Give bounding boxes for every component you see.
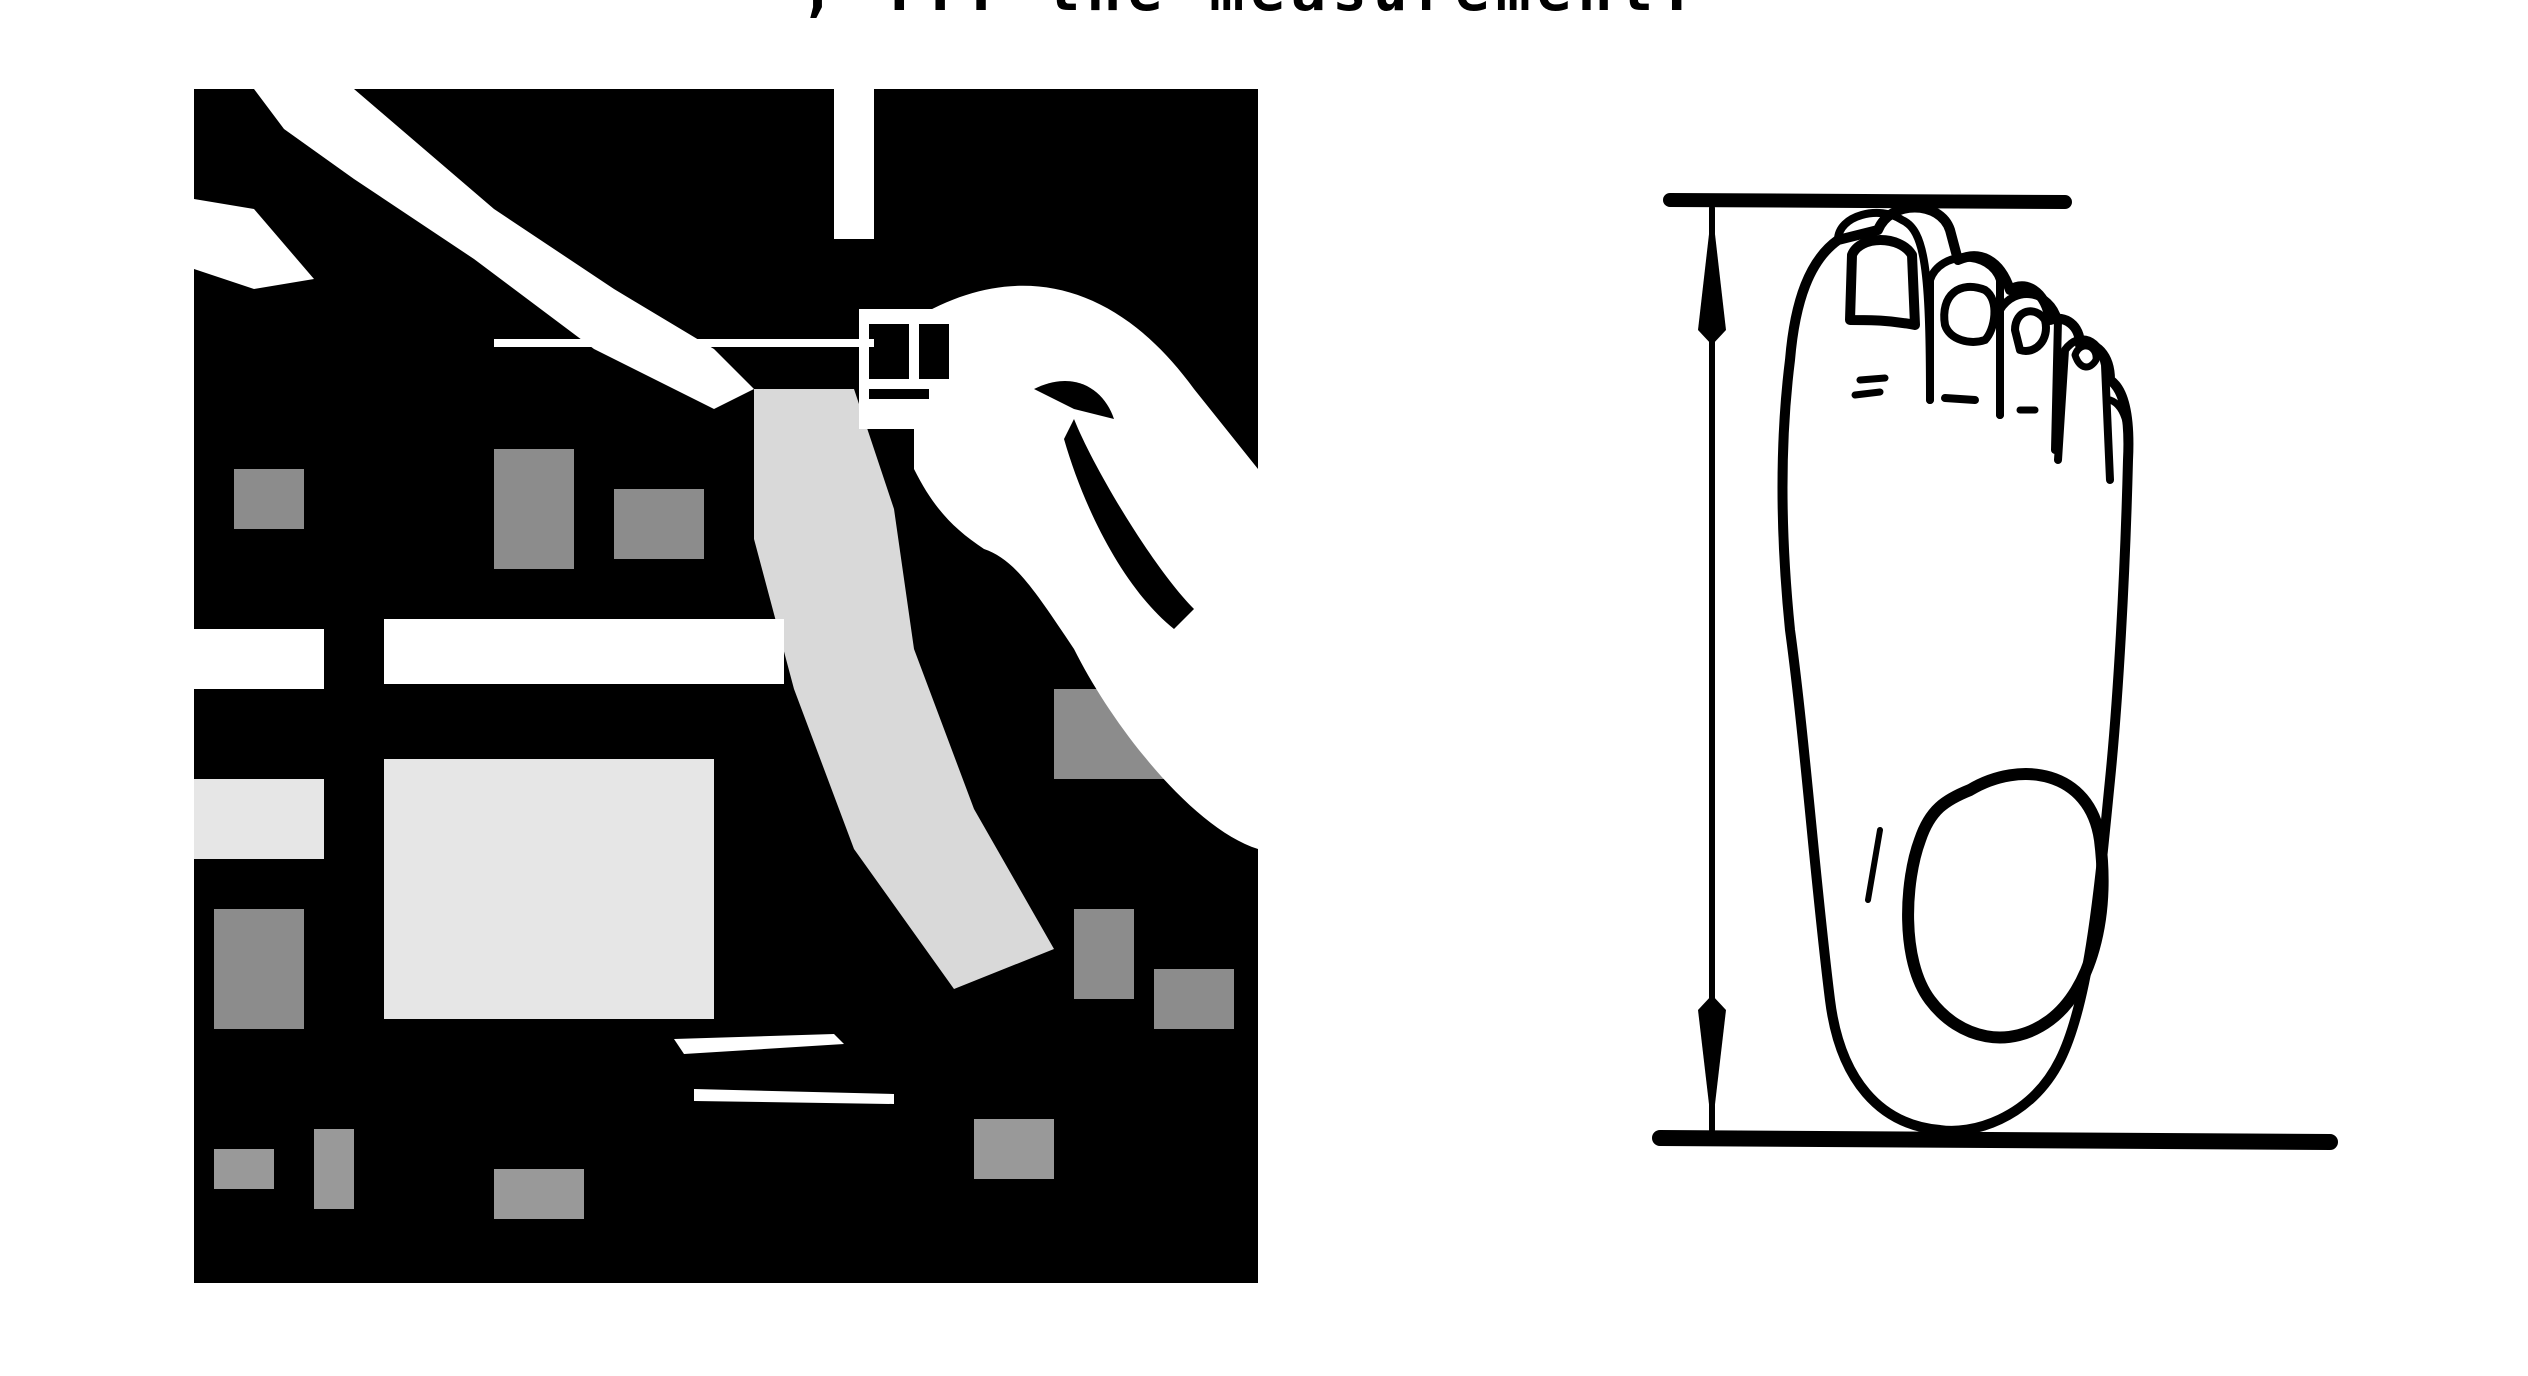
caption-text: , ... the measurement.: [800, 0, 1900, 16]
arrow-down-icon: [1698, 995, 1726, 1130]
arrow-up-icon: [1698, 208, 1726, 345]
foot-measuring-photo: [194, 89, 1258, 1283]
foot-length-diagram: [1640, 180, 2360, 1160]
